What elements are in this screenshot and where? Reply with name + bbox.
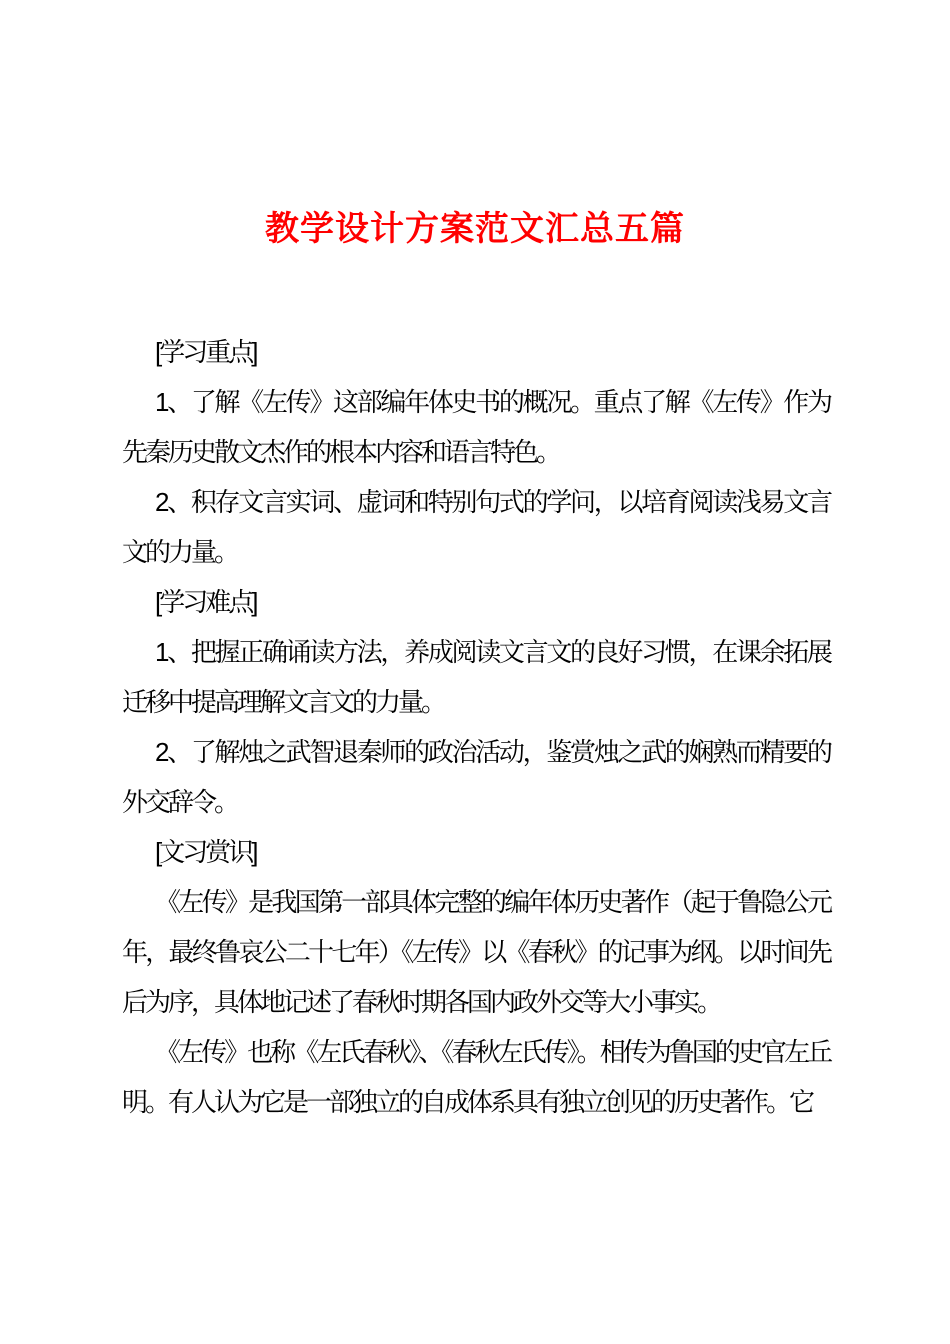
document-body: [学习重点] 1、了解《左传》这部编年体史书的概况。重点了解《左传》作为先秦历史… bbox=[122, 327, 830, 1127]
paragraph-zuozhuan-names: 《左传》也称《左氏春秋》、《春秋左氏传》。相传为鲁国的史官左丘明。有人认为它是一… bbox=[122, 1027, 830, 1127]
paragraph-heading-study-difficulty: [学习难点] bbox=[122, 577, 830, 627]
document-page: 教学设计方案范文汇总五篇 [学习重点] 1、了解《左传》这部编年体史书的概况。重… bbox=[0, 0, 950, 1344]
paragraph-study-focus-item-2: 2、积存文言实词、虚词和特别句式的学问，以培育阅读浅易文言文的力量。 bbox=[122, 477, 830, 577]
paragraph-study-difficulty-item-2: 2、了解烛之武智退秦师的政治活动，鉴赏烛之武的娴熟而精要的外交辞令。 bbox=[122, 727, 830, 827]
paragraph-study-focus-item-1: 1、了解《左传》这部编年体史书的概况。重点了解《左传》作为先秦历史散文杰作的根本… bbox=[122, 377, 830, 477]
paragraph-heading-study-focus: [学习重点] bbox=[122, 327, 830, 377]
paragraph-zuozhuan-intro: 《左传》是我国第一部具体完整的编年体历史著作（起于鲁隐公元年，最终鲁哀公二十七年… bbox=[122, 877, 830, 1027]
document-title: 教学设计方案范文汇总五篇 bbox=[0, 210, 950, 251]
paragraph-heading-text-appreciation: [文习赏识] bbox=[122, 827, 830, 877]
paragraph-study-difficulty-item-1: 1、把握正确诵读方法，养成阅读文言文的良好习惯，在课余拓展迁移中提高理解文言文的… bbox=[122, 627, 830, 727]
